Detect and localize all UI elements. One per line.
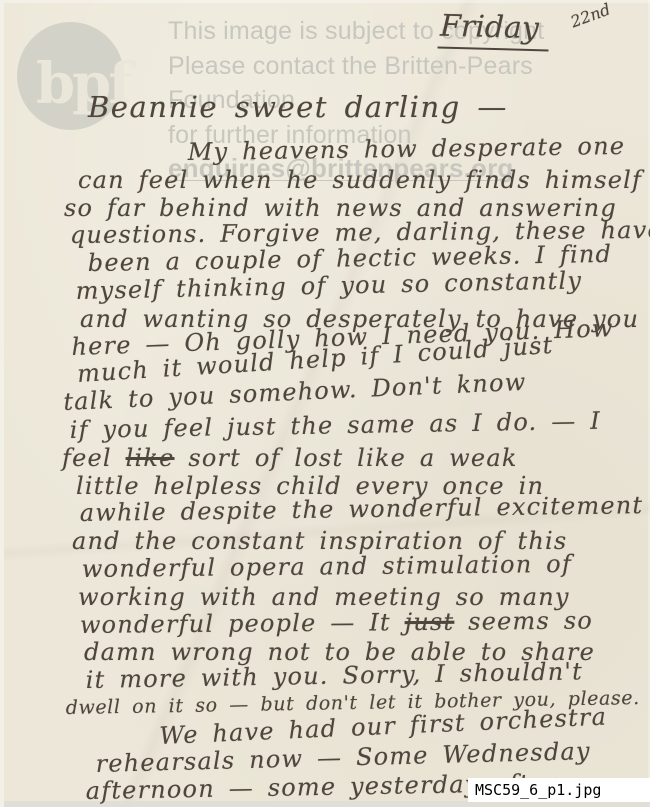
letter-line: wonderful people — It just seems so (80, 607, 650, 640)
filename-text: MSC59_6_p1.jpg (475, 781, 601, 799)
letter-line: can feel when he suddenly finds himself (78, 167, 650, 195)
letter-text: can feel when he suddenly finds himself (78, 166, 642, 194)
letter-text: My heavens how desperate one (188, 132, 626, 166)
letter-line: awhile despite the wonderful excitement (80, 492, 650, 528)
letter-line: feel like sort of lost like a weak (62, 445, 650, 473)
letter-line: My heavens how desperate one (188, 133, 650, 167)
letter-line: wonderful opera and stimulation of (82, 550, 650, 584)
letter-text: awhile despite the wonderful excitement (80, 491, 644, 527)
letter-body: My heavens how desperate onecan feel whe… (60, 139, 650, 806)
letter-text: seems so (454, 606, 593, 635)
struck-word: just (405, 607, 455, 635)
letter-salutation: Beannie sweet darling — (88, 90, 508, 124)
letter-text: feel (62, 444, 126, 472)
filename-label: MSC59_6_p1.jpg (468, 778, 650, 802)
letter-text: wonderful people — It (80, 608, 405, 639)
scanned-letter-page: bpf This image is subject to copyright P… (0, 0, 650, 807)
letter-text: wonderful opera and stimulation of (82, 550, 572, 583)
handwritten-date-day: Friday (437, 9, 549, 52)
struck-word: like (126, 444, 175, 472)
letter-text: sort of lost like a weak (175, 444, 518, 472)
